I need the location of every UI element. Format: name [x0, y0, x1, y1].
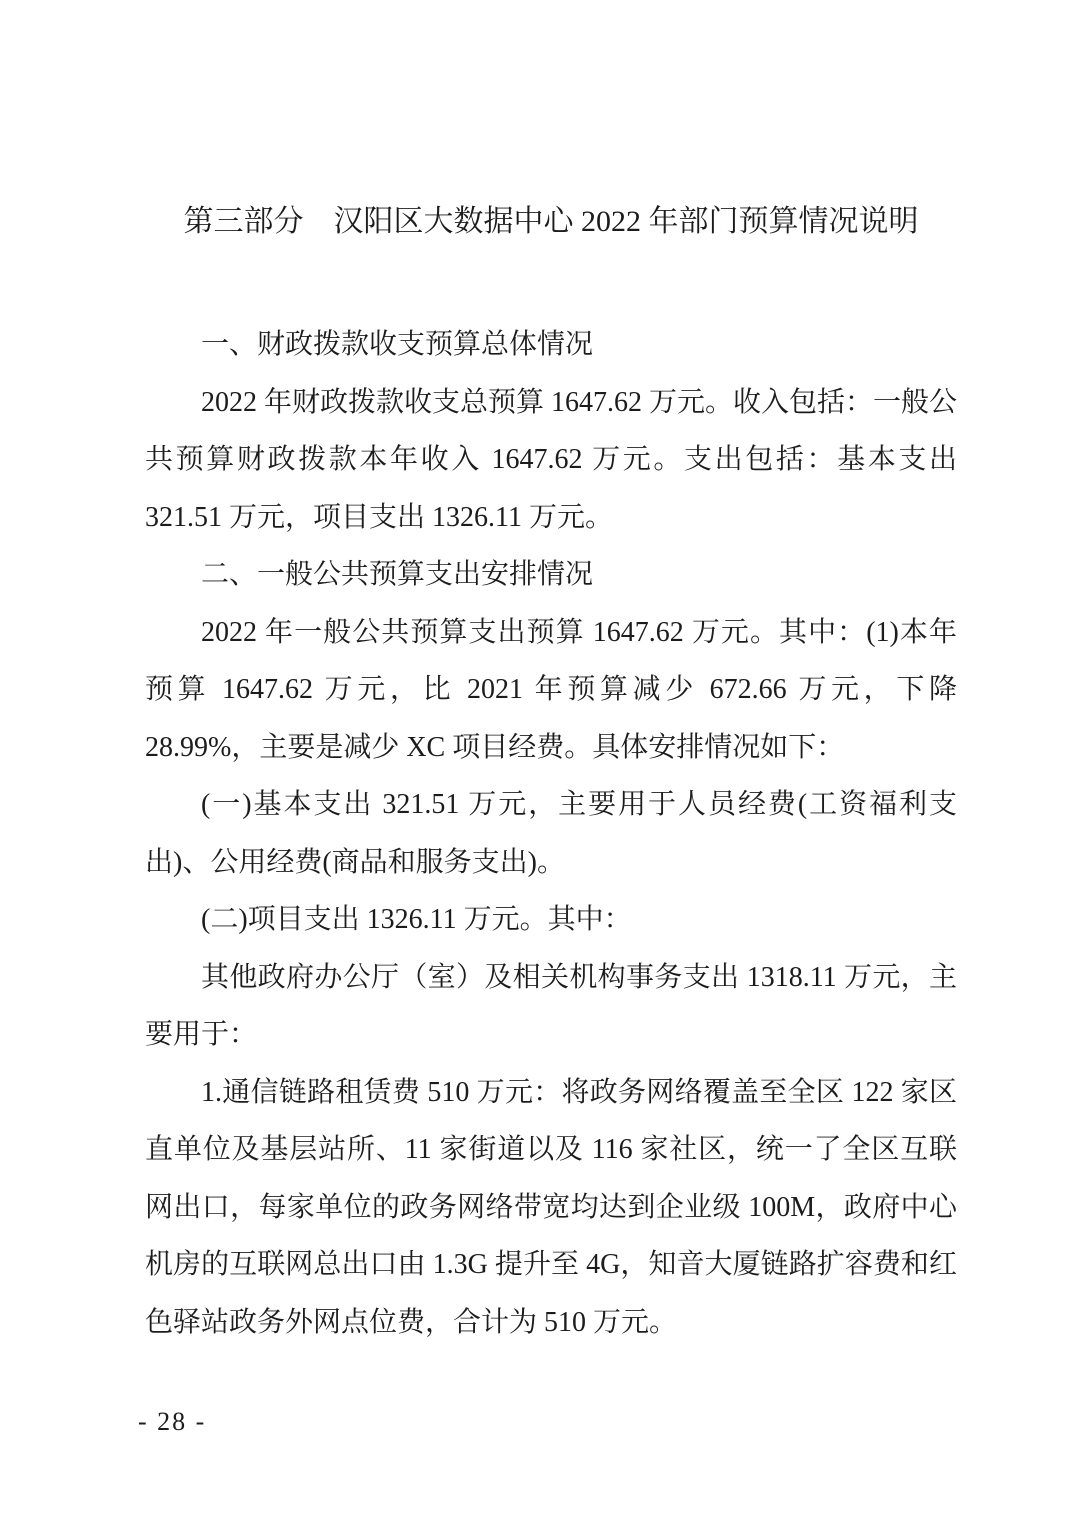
paragraph: (一)基本支出 321.51 万元，主要用于人员经费(工资福利支出)、公用经费(… — [145, 776, 957, 891]
document-body: 一、财政拨款收支预算总体情况2022 年财政拨款收支总预算 1647.62 万元… — [145, 316, 957, 1351]
document-title: 第三部分 汉阳区大数据中心 2022 年部门预算情况说明 — [145, 203, 957, 241]
page-number: - 28 - — [138, 1405, 206, 1439]
paragraph: 其他政府办公厅（室）及相关机构事务支出 1318.11 万元，主要用于： — [145, 949, 957, 1064]
paragraph: 1.通信链路租赁费 510 万元：将政务网络覆盖至全区 122 家区直单位及基层… — [145, 1064, 957, 1352]
section-heading: 二、一般公共预算支出安排情况 — [145, 546, 957, 604]
paragraph: (二)项目支出 1326.11 万元。其中： — [145, 891, 957, 949]
section-heading: 一、财政拨款收支预算总体情况 — [145, 316, 957, 374]
paragraph: 2022 年一般公共预算支出预算 1647.62 万元。其中：(1)本年预算 1… — [145, 604, 957, 777]
paragraph: 2022 年财政拨款收支总预算 1647.62 万元。收入包括：一般公共预算财政… — [145, 374, 957, 547]
document-page: 第三部分 汉阳区大数据中心 2022 年部门预算情况说明 一、财政拨款收支预算总… — [0, 0, 1074, 1520]
document-content-area: 第三部分 汉阳区大数据中心 2022 年部门预算情况说明 一、财政拨款收支预算总… — [145, 203, 957, 1351]
